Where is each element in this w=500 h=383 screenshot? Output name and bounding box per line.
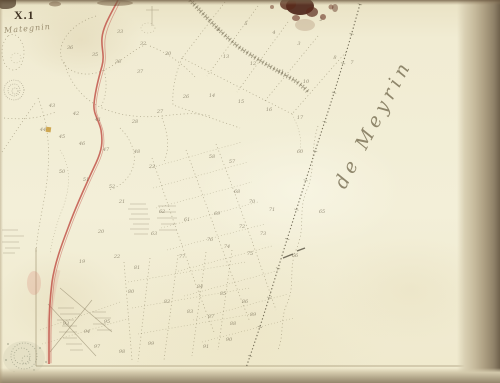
plot-number: 5 <box>244 21 247 27</box>
plot-number: 48 <box>134 149 140 155</box>
plot-number: 17 <box>297 115 303 121</box>
plot-number: 41 <box>95 117 101 123</box>
plot-number: 80 <box>128 289 134 295</box>
plot-number: 63 <box>151 231 157 237</box>
plot-number: 44 <box>40 127 46 133</box>
plot-number: 14 <box>209 93 215 99</box>
plot-number: 19 <box>79 259 85 265</box>
terrain-contours <box>2 16 210 254</box>
plot-number: 45 <box>59 134 65 140</box>
plot-number: 97 <box>94 344 100 350</box>
plot-number: 16 <box>266 107 272 113</box>
plot-number: 13 <box>223 54 229 60</box>
page-edge-left <box>0 0 3 383</box>
plot-number: 21 <box>119 199 125 205</box>
plot-number: 32 <box>140 41 146 47</box>
plot-number: 33 <box>117 29 123 35</box>
plot-number: 42 <box>73 111 79 117</box>
plot-number: 6 <box>216 27 219 33</box>
plot-number: 83 <box>187 309 193 315</box>
plot-number: 86 <box>242 299 248 305</box>
plot-number: 99 <box>148 341 154 347</box>
map-sheet: X.1 Mategnin de Meyrin 65432131211101415… <box>0 0 500 383</box>
plot-number: 84 <box>197 284 203 290</box>
plot-number: 75 <box>247 251 253 257</box>
plot-number: 72 <box>239 224 245 230</box>
plot-number: 12 <box>250 61 256 67</box>
plot-number: 90 <box>226 337 232 343</box>
plot-number: 7 <box>350 60 353 66</box>
plot-number: 20 <box>98 229 104 235</box>
plot-number: 3 <box>297 41 300 47</box>
plot-number: 98 <box>119 349 125 355</box>
plot-number: 82 <box>164 299 170 305</box>
plot-number: 69 <box>214 211 220 217</box>
plot-number: 51 <box>83 177 89 183</box>
plot-number: 74 <box>224 244 230 250</box>
plot-number: 76 <box>207 237 213 243</box>
plot-number: 4 <box>272 30 275 36</box>
plot-number: 50 <box>59 169 65 175</box>
plot-number: 37 <box>137 69 143 75</box>
page-edge-top <box>0 0 500 5</box>
plot-number: 91 <box>203 344 209 350</box>
plot-number: 93 <box>63 321 69 327</box>
plot-number: 10 <box>303 79 309 85</box>
sheet-number-label: X.1 <box>14 8 35 23</box>
plot-number: 61 <box>184 217 190 223</box>
plot-number: 2 <box>319 17 322 23</box>
plot-number: 94 <box>84 329 90 335</box>
plot-number: 26 <box>183 94 189 100</box>
plot-number: 43 <box>49 103 55 109</box>
map-linework <box>0 0 500 383</box>
building-marks <box>27 127 51 295</box>
plot-number: 35 <box>92 52 98 58</box>
plot-number: 89 <box>250 312 256 318</box>
plot-number: 58 <box>209 154 215 160</box>
plot-number: 70 <box>249 199 255 205</box>
plot-number: 46 <box>79 141 85 147</box>
stream-band <box>190 0 308 92</box>
plot-number: 85 <box>220 291 226 297</box>
plot-number: 11 <box>278 69 284 75</box>
plot-number: 62 <box>159 209 165 215</box>
plot-number: 22 <box>114 254 120 260</box>
plot-number: 77 <box>179 254 185 260</box>
plot-number: 81 <box>134 265 140 271</box>
plot-number: 68 <box>234 189 240 195</box>
plot-number: 95 <box>104 319 110 325</box>
plot-number: 8 <box>333 55 336 61</box>
page-edge-bottom <box>0 368 500 383</box>
plot-number: 65 <box>319 209 325 215</box>
plot-number: 87 <box>208 314 214 320</box>
plot-number: 52 <box>109 184 115 190</box>
plot-number: 66 <box>292 253 298 259</box>
plot-number: 36 <box>67 45 73 51</box>
plot-number: 38 <box>115 59 121 65</box>
pond-outlines <box>2 34 24 100</box>
plot-number: 27 <box>157 109 163 115</box>
plot-number: 47 <box>103 147 109 153</box>
plot-number: 88 <box>230 321 236 327</box>
plot-number: 30 <box>165 51 171 57</box>
plot-number: 28 <box>132 119 138 125</box>
plot-number: 57 <box>229 159 235 165</box>
plot-number: 71 <box>269 207 275 213</box>
plot-number: 23 <box>149 164 155 170</box>
plot-number: 15 <box>238 99 244 105</box>
page-edge-right <box>457 0 500 383</box>
plot-number: 73 <box>260 231 266 237</box>
plot-number: 60 <box>297 149 303 155</box>
